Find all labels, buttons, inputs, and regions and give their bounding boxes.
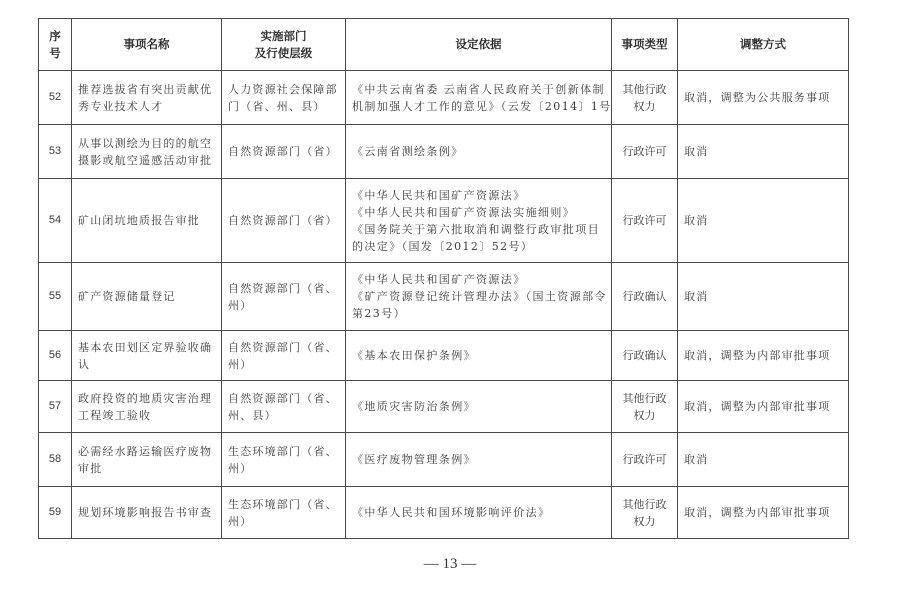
page-number: — 13 — [0,556,900,573]
table-row: 56基本农田划区定界验收确认自然资源部门（省、州）《基本农田保护条例》行政确认取… [39,331,849,381]
cell-legal-basis-line: 机制加强人才工作的意见》（云发〔2014〕1号） [352,98,605,115]
cell-legal-basis: 《中华人民共和国矿产资源法》《中华人民共和国矿产资源法实施细则》《国务院关于第六… [346,179,612,263]
cell-department-line: 州） [228,297,339,314]
cell-legal-basis-line: 《基本农田保护条例》 [352,347,605,364]
header-legal-basis: 设定依据 [346,19,612,71]
cell-item-name: 从事以测绘为目的的航空摄影或航空遥感活动审批 [72,125,222,179]
cell-adjustment: 取消 [678,125,849,179]
cell-department-line: 州） [228,356,339,373]
cell-department: 自然资源部门（省、州） [222,263,346,331]
cell-department: 自然资源部门（省） [222,179,346,263]
table-row: 54矿山闭坑地质报告审批自然资源部门（省）《中华人民共和国矿产资源法》《中华人民… [39,179,849,263]
cell-legal-basis-line: 《中华人民共和国矿产资源法实施细则》 [352,204,605,221]
cell-adjustment: 取消，调整为内部审批事项 [678,331,849,381]
header-dept-line: 及行使层级 [228,45,339,62]
cell-legal-basis: 《中华人民共和国环境影响评价法》 [346,487,612,539]
cell-item-name-line: 摄影或航空遥感活动审批 [78,152,215,169]
cell-item-name-line: 秀专业技术人才 [78,98,215,115]
cell-department-line: 自然资源部门（省） [228,143,339,160]
cell-department-line: 自然资源部门（省） [228,212,339,229]
cell-department-line: 自然资源部门（省、 [228,339,339,356]
cell-item-name-line: 矿产资源储量登记 [78,288,215,305]
header-department: 实施部门 及行使层级 [222,19,346,71]
cell-seq: 55 [39,263,72,331]
cell-item-name: 基本农田划区定界验收确认 [72,331,222,381]
table-row: 57政府投资的地质灾害治理工程竣工验收自然资源部门（省、州、县）《地质灾害防治条… [39,381,849,433]
cell-seq: 56 [39,331,72,381]
header-seq: 序 号 [39,19,72,71]
cell-item-name-line: 工程竣工验收 [78,407,215,424]
cell-item-type-line: 行政许可 [618,212,671,229]
cell-item-type: 行政确认 [612,263,678,331]
cell-legal-basis-line: 《中共云南省委 云南省人民政府关于创新体制 [352,81,605,98]
cell-item-name-line: 从事以测绘为目的的航空 [78,135,215,152]
header-dept-line: 实施部门 [228,28,339,45]
cell-legal-basis: 《地质灾害防治条例》 [346,381,612,433]
cell-department-line: 州） [228,460,339,477]
cell-department: 自然资源部门（省） [222,125,346,179]
cell-department-line: 州、县） [228,407,339,424]
cell-legal-basis-line: 《中华人民共和国矿产资源法》 [352,271,605,288]
cell-legal-basis: 《中华人民共和国矿产资源法》《矿产资源登记统计管理办法》（国土资源部令第23号） [346,263,612,331]
cell-item-type: 其他行政权力 [612,381,678,433]
cell-department-line: 自然资源部门（省、 [228,280,339,297]
cell-adjustment: 取消，调整为内部审批事项 [678,487,849,539]
table-row: 52推荐选拔省有突出贡献优秀专业技术人才人力资源社会保障部门（省、州、县）《中共… [39,71,849,125]
cell-legal-basis-line: 《中华人民共和国矿产资源法》 [352,187,605,204]
cell-legal-basis-line: 的决定》（国发〔2012〕52号） [352,238,605,255]
cell-item-name: 推荐选拔省有突出贡献优秀专业技术人才 [72,71,222,125]
header-seq-line: 序 [45,28,65,45]
table-row: 58必需经水路运输医疗废物审批生态环境部门（省、州）《医疗废物管理条例》行政许可… [39,433,849,487]
cell-item-name-line: 规划环境影响报告书审查 [78,504,215,521]
cell-seq: 52 [39,71,72,125]
cell-department: 自然资源部门（省、州） [222,331,346,381]
cell-item-name: 矿山闭坑地质报告审批 [72,179,222,263]
cell-department-line: 生态环境部门（省、 [228,496,339,513]
cell-adjustment: 取消 [678,263,849,331]
cell-legal-basis-line: 《中华人民共和国环境影响评价法》 [352,504,605,521]
cell-legal-basis-line: 《矿产资源登记统计管理办法》（国土资源部令 [352,288,605,305]
cell-legal-basis-line: 《医疗废物管理条例》 [352,451,605,468]
cell-department: 人力资源社会保障部门（省、州、县） [222,71,346,125]
cell-item-name-line: 基本农田划区定界验收确 [78,339,215,356]
table-row: 53从事以测绘为目的的航空摄影或航空遥感活动审批自然资源部门（省）《云南省测绘条… [39,125,849,179]
cell-item-type: 其他行政权力 [612,71,678,125]
cell-adjustment: 取消 [678,179,849,263]
cell-legal-basis-line: 第23号） [352,305,605,322]
cell-item-name: 政府投资的地质灾害治理工程竣工验收 [72,381,222,433]
cell-item-type: 行政许可 [612,179,678,263]
cell-item-type: 行政许可 [612,433,678,487]
cell-item-name-line: 认 [78,356,215,373]
cell-department-line: 州） [228,513,339,530]
cell-adjustment: 取消，调整为公共服务事项 [678,71,849,125]
cell-department: 生态环境部门（省、州） [222,433,346,487]
cell-item-type-line: 行政许可 [618,143,671,160]
cell-legal-basis: 《中共云南省委 云南省人民政府关于创新体制机制加强人才工作的意见》（云发〔201… [346,71,612,125]
cell-item-type-line: 权力 [618,407,671,424]
cell-adjustment: 取消 [678,433,849,487]
cell-department-line: 生态环境部门（省、 [228,443,339,460]
cell-legal-basis: 《云南省测绘条例》 [346,125,612,179]
cell-item-name-line: 推荐选拔省有突出贡献优 [78,81,215,98]
table-header-row: 序 号 事项名称 实施部门 及行使层级 设定依据 事项类型 调整方式 [39,19,849,71]
cell-seq: 58 [39,433,72,487]
cell-legal-basis-line: 《云南省测绘条例》 [352,143,605,160]
cell-department-line: 自然资源部门（省、 [228,390,339,407]
cell-item-type-line: 行政确认 [618,347,671,364]
cell-item-name: 规划环境影响报告书审查 [72,487,222,539]
cell-item-type-line: 行政确认 [618,288,671,305]
table-row: 55矿产资源储量登记自然资源部门（省、州）《中华人民共和国矿产资源法》《矿产资源… [39,263,849,331]
cell-item-name-line: 审批 [78,460,215,477]
header-item-name: 事项名称 [72,19,222,71]
cell-seq: 53 [39,125,72,179]
cell-seq: 59 [39,487,72,539]
cell-item-type-line: 行政许可 [618,451,671,468]
cell-item-name-line: 矿山闭坑地质报告审批 [78,212,215,229]
cell-item-type-line: 其他行政 [618,390,671,407]
cell-legal-basis-line: 《国务院关于第六批取消和调整行政审批项目 [352,221,605,238]
cell-item-type: 行政确认 [612,331,678,381]
cell-item-type: 其他行政权力 [612,487,678,539]
cell-legal-basis: 《基本农田保护条例》 [346,331,612,381]
cell-item-name: 矿产资源储量登记 [72,263,222,331]
cell-department: 生态环境部门（省、州） [222,487,346,539]
cell-department: 自然资源部门（省、州、县） [222,381,346,433]
cell-item-type-line: 其他行政 [618,496,671,513]
cell-department-line: 人力资源社会保障部 [228,81,339,98]
cell-item-name-line: 必需经水路运输医疗废物 [78,443,215,460]
header-adjustment: 调整方式 [678,19,849,71]
cell-adjustment: 取消，调整为内部审批事项 [678,381,849,433]
cell-seq: 57 [39,381,72,433]
cell-department-line: 门（省、州、县） [228,98,339,115]
cell-item-name-line: 政府投资的地质灾害治理 [78,390,215,407]
header-item-type: 事项类型 [612,19,678,71]
cell-item-type-line: 其他行政 [618,81,671,98]
cell-item-name: 必需经水路运输医疗废物审批 [72,433,222,487]
cell-legal-basis-line: 《地质灾害防治条例》 [352,398,605,415]
header-seq-line: 号 [45,45,65,62]
cell-item-type-line: 权力 [618,98,671,115]
cell-item-type: 行政许可 [612,125,678,179]
table-row: 59规划环境影响报告书审查生态环境部门（省、州）《中华人民共和国环境影响评价法》… [39,487,849,539]
cell-item-type-line: 权力 [618,513,671,530]
cell-seq: 54 [39,179,72,263]
cell-legal-basis: 《医疗废物管理条例》 [346,433,612,487]
adjustment-items-table: 序 号 事项名称 实施部门 及行使层级 设定依据 事项类型 调整方式 52推荐选… [38,18,849,539]
